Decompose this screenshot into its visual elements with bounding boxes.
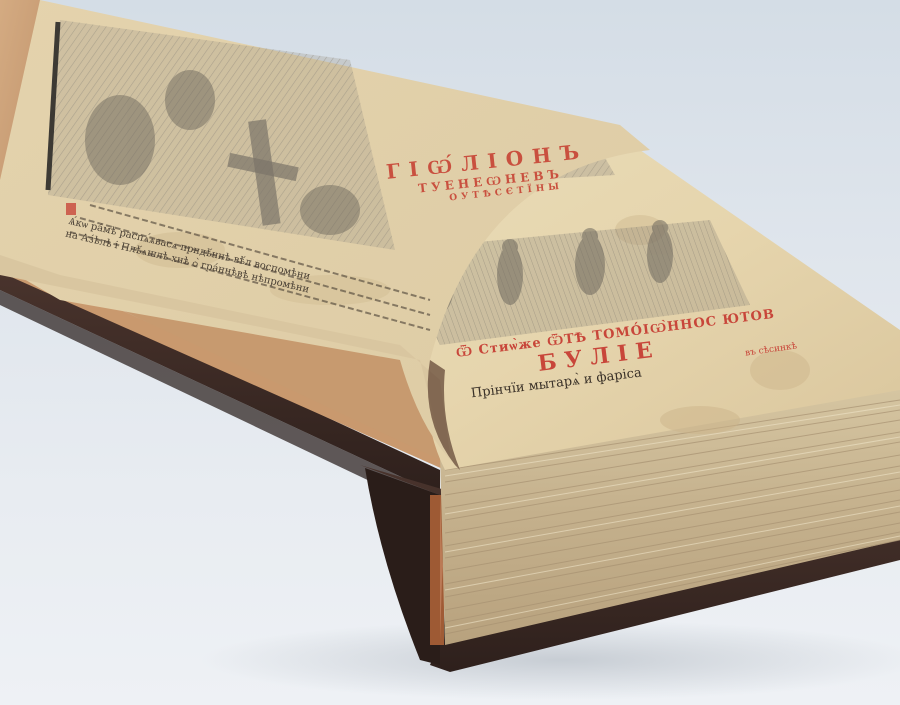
photo-scene: ГІѠ́ЛІОНЪ ТУЕНЕѠНЕВЪ ОУТѢСЄТЇНЫ Ѿ Стиѡ̀ж…: [0, 0, 900, 705]
